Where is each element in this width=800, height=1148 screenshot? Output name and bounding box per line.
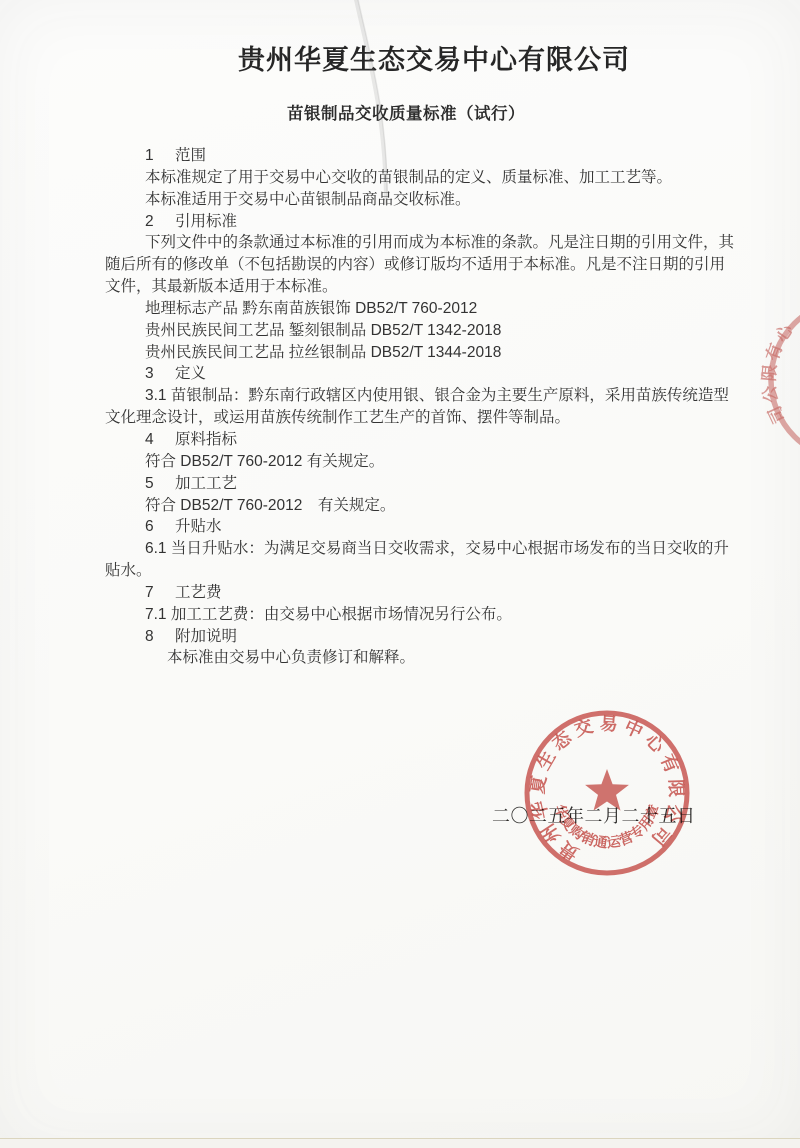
scanned-document-page: 贵州华夏生态交易中心有限公司 苗银制品交收质量标准（试行） 1范围本标准规定了用… [0, 0, 800, 1148]
doc-line: 符合 DB52/T 760-2012 有关规定。 [105, 495, 705, 517]
section-title: 原料指标 [175, 431, 237, 448]
doc-line: 7.1 加工工艺费：由交易中心根据市场情况另行公布。 [105, 604, 705, 626]
edge-stamp-char: 限 [760, 364, 780, 383]
paper-bottom-edge [0, 1138, 800, 1148]
section-title: 附加说明 [175, 628, 237, 645]
partial-edge-stamp: 心有限公司 [705, 295, 800, 465]
document-date: 二〇二五年二月二十五日 [492, 802, 696, 828]
doc-line: 随后所有的修改单（不包括勘误的内容）或修订版均不适用于本标准。凡是不注日期的引用 [105, 254, 705, 276]
section-number: 5 [145, 473, 175, 495]
doc-line: 文件，其最新版本适用于本标准。 [105, 276, 705, 298]
doc-line: 贵州民族民间工艺品 錾刻银制品 DB52/T 1342-2018 [105, 320, 705, 342]
section-heading: 8附加说明 [105, 626, 705, 648]
section-heading: 6升贴水 [105, 516, 705, 538]
doc-line: 贵州民族民间工艺品 拉丝银制品 DB52/T 1344-2018 [105, 342, 705, 364]
section-number: 4 [145, 429, 175, 451]
section-title: 定义 [175, 365, 206, 382]
doc-line: 本标准由交易中心负责修订和解释。 [105, 647, 705, 669]
company-seal-stamp: 贵州华夏生态交易中心有限公司 华夏购销通运营专用章 [510, 698, 710, 898]
doc-line: 下列文件中的条款通过本标准的引用而成为本标准的条款。凡是注日期的引用文件，其 [105, 232, 705, 254]
section-title: 升贴水 [175, 518, 222, 535]
paper-crease [0, 0, 800, 230]
doc-line: 文化理念设计，或运用苗族传统制作工艺生产的首饰、摆件等制品。 [105, 407, 705, 429]
section-number: 6 [145, 516, 175, 538]
doc-line: 6.1 当日升贴水：为满足交易商当日交收需求，交易中心根据市场发布的当日交收的升 [105, 538, 705, 560]
doc-line: 符合 DB52/T 760-2012 有关规定。 [105, 451, 705, 473]
doc-line: 贴水。 [105, 560, 705, 582]
section-heading: 5加工工艺 [105, 473, 705, 495]
edge-stamp-char: 公 [760, 384, 782, 404]
doc-line: 3.1 苗银制品：黔东南行政辖区内使用银、银合金为主要生产原料，采用苗族传统造型 [105, 385, 705, 407]
section-heading: 3定义 [105, 363, 705, 385]
section-number: 8 [145, 626, 175, 648]
section-title: 加工工艺 [175, 475, 237, 492]
section-number: 3 [145, 363, 175, 385]
section-title: 工艺费 [175, 584, 222, 601]
doc-line: 地理标志产品 黔东南苗族银饰 DB52/T 760-2012 [105, 298, 705, 320]
section-heading: 4原料指标 [105, 429, 705, 451]
section-number: 7 [145, 582, 175, 604]
section-heading: 7工艺费 [105, 582, 705, 604]
